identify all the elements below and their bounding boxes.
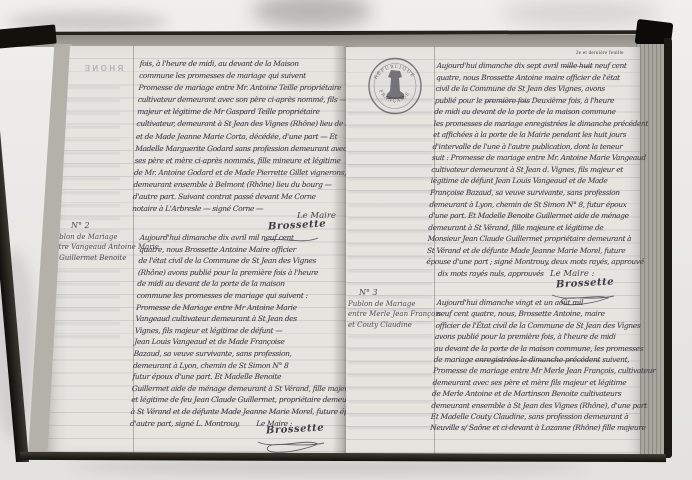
scanned-register-photo: RHONE fois, à l'heure de midi, au devant… [0,0,692,480]
photo-smudge [70,460,590,474]
mayor-signature: Brossette [556,276,615,290]
republique-francaise-seal-stamp: RÉPUBLIQUE FRANÇAISE [366,56,424,116]
right-page: 2e et dernière feuille RÉPUBLIQUE FRANÇA… [346,47,640,454]
banns-entry-3: Aujourd'hui dimanche vingt et un août mi… [430,297,659,434]
margin-note-number: N° 2 [71,221,90,230]
bleedthrough-text-block [348,99,432,439]
margin-note-banns-3: Publon de Mariage entre Merle Jean Franç… [348,299,441,330]
photo-smudge [252,0,372,28]
photo-smudge [500,0,660,26]
banns-entry-2-second-publication: Aujourd'hui dimanche dix sept avril m̶i̶… [426,60,655,279]
book-right-cover-edge [664,38,672,458]
book-left-cover-edge [0,42,29,462]
left-page: RHONE fois, à l'heure de midi, au devant… [46,46,346,454]
mayor-signature: Brossette [268,218,327,232]
mayor-signature: Brossette [266,422,325,436]
printed-sheet-note: 2e et dernière feuille [576,51,624,56]
book-bottom-edge [20,452,666,462]
bleedthrough-rhone-heading: RHONE [82,64,123,73]
margin-note-number: N° 3 [359,288,378,297]
